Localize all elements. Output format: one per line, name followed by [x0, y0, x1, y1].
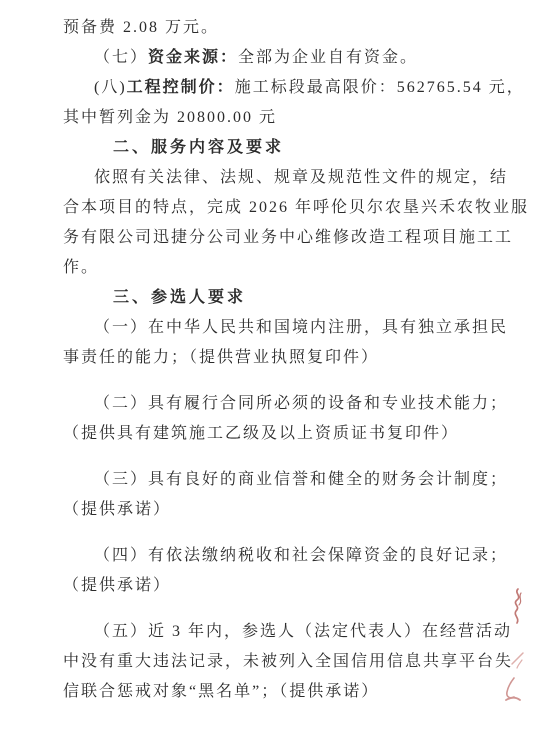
- document-text: 合本项目的特点，完成 2026 年呼伦贝尔农垦兴禾农牧业服: [63, 199, 529, 216]
- document-text: 预备费 2.08 万元。: [63, 19, 219, 36]
- document-line: （二）具有履行合同所必须的设备和专业技术能力；: [63, 389, 477, 419]
- document-text-bold: 资金来源：: [148, 49, 238, 66]
- red-ink-mark: [502, 676, 523, 705]
- document-text: （四）有依法缴纳税收和社会保障资金的良好记录；: [94, 547, 508, 564]
- document-text: （提供具有建筑施工乙级及以上资质证书复印件）: [63, 425, 459, 442]
- document-line: （提供承诺）: [63, 571, 477, 601]
- document-line: 务有限公司迅捷分公司业务中心维修改造工程项目施工工: [63, 223, 477, 253]
- section-heading: 三、参选人要求: [63, 283, 477, 313]
- document-text: 信联合惩戒对象“黑名单”；（提供承诺）: [63, 683, 379, 700]
- document-line: （提供具有建筑施工乙级及以上资质证书复印件）: [63, 419, 477, 449]
- document-line: 依照有关法律、法规、规章及规范性文件的规定，结: [63, 163, 477, 193]
- document-line: 作。: [63, 253, 477, 283]
- document-text-bold: 二、服务内容及要求: [113, 139, 284, 156]
- document-line: 事责任的能力；（提供营业执照复印件）: [63, 343, 477, 373]
- document-line: 中没有重大违法记录，未被列入全国信用信息共享平台失: [63, 647, 477, 677]
- document-line: （五）近 3 年内，参选人（法定代表人）在经营活动: [63, 617, 477, 647]
- document-text: 中没有重大违法记录，未被列入全国信用信息共享平台失: [63, 653, 513, 670]
- document-body: 预备费 2.08 万元。（七）资金来源：全部为企业自有资金。(八)工程控制价：施…: [63, 13, 477, 707]
- document-text: 作。: [63, 259, 99, 276]
- document-text: （七）: [94, 49, 148, 66]
- document-line: （一）在中华人民共和国境内注册，具有独立承担民: [63, 313, 477, 343]
- document-page: 预备费 2.08 万元。（七）资金来源：全部为企业自有资金。(八)工程控制价：施…: [0, 0, 533, 743]
- document-line: 预备费 2.08 万元。: [63, 13, 477, 43]
- document-text: 务有限公司迅捷分公司业务中心维修改造工程项目施工工: [63, 229, 513, 246]
- document-text: 事责任的能力；（提供营业执照复印件）: [63, 349, 379, 366]
- document-text: 全部为企业自有资金。: [238, 49, 418, 66]
- red-ink-mark: [509, 587, 527, 625]
- document-text: （提供承诺）: [63, 501, 171, 518]
- document-text: （提供承诺）: [63, 577, 171, 594]
- document-line: （七）资金来源：全部为企业自有资金。: [63, 43, 477, 73]
- document-line: （三）具有良好的商业信誉和健全的财务会计制度；: [63, 465, 477, 495]
- document-text: （二）具有履行合同所必须的设备和专业技术能力；: [94, 395, 508, 412]
- section-heading: 二、服务内容及要求: [63, 133, 477, 163]
- document-text: 其中暂列金为 20800.00 元: [63, 109, 277, 126]
- document-text-bold: 三、参选人要求: [113, 289, 246, 306]
- document-line: (八)工程控制价：施工标段最高限价：562765.54 元，: [63, 73, 477, 103]
- document-line: （提供承诺）: [63, 495, 477, 525]
- document-text: （五）近 3 年内，参选人（法定代表人）在经营活动: [94, 623, 512, 640]
- document-line: （四）有依法缴纳税收和社会保障资金的良好记录；: [63, 541, 477, 571]
- document-text: 施工标段最高限价：562765.54 元，: [235, 79, 525, 96]
- document-line: 其中暂列金为 20800.00 元: [63, 103, 477, 133]
- document-text: 依照有关法律、法规、规章及规范性文件的规定，结: [94, 169, 508, 186]
- document-text: （一）在中华人民共和国境内注册，具有独立承担民: [94, 319, 508, 336]
- document-line: 合本项目的特点，完成 2026 年呼伦贝尔农垦兴禾农牧业服: [63, 193, 477, 223]
- document-text: （三）具有良好的商业信誉和健全的财务会计制度；: [94, 471, 508, 488]
- document-text: (八): [94, 79, 127, 96]
- document-line: 信联合惩戒对象“黑名单”；（提供承诺）: [63, 677, 477, 707]
- document-text-bold: 工程控制价：: [127, 79, 235, 96]
